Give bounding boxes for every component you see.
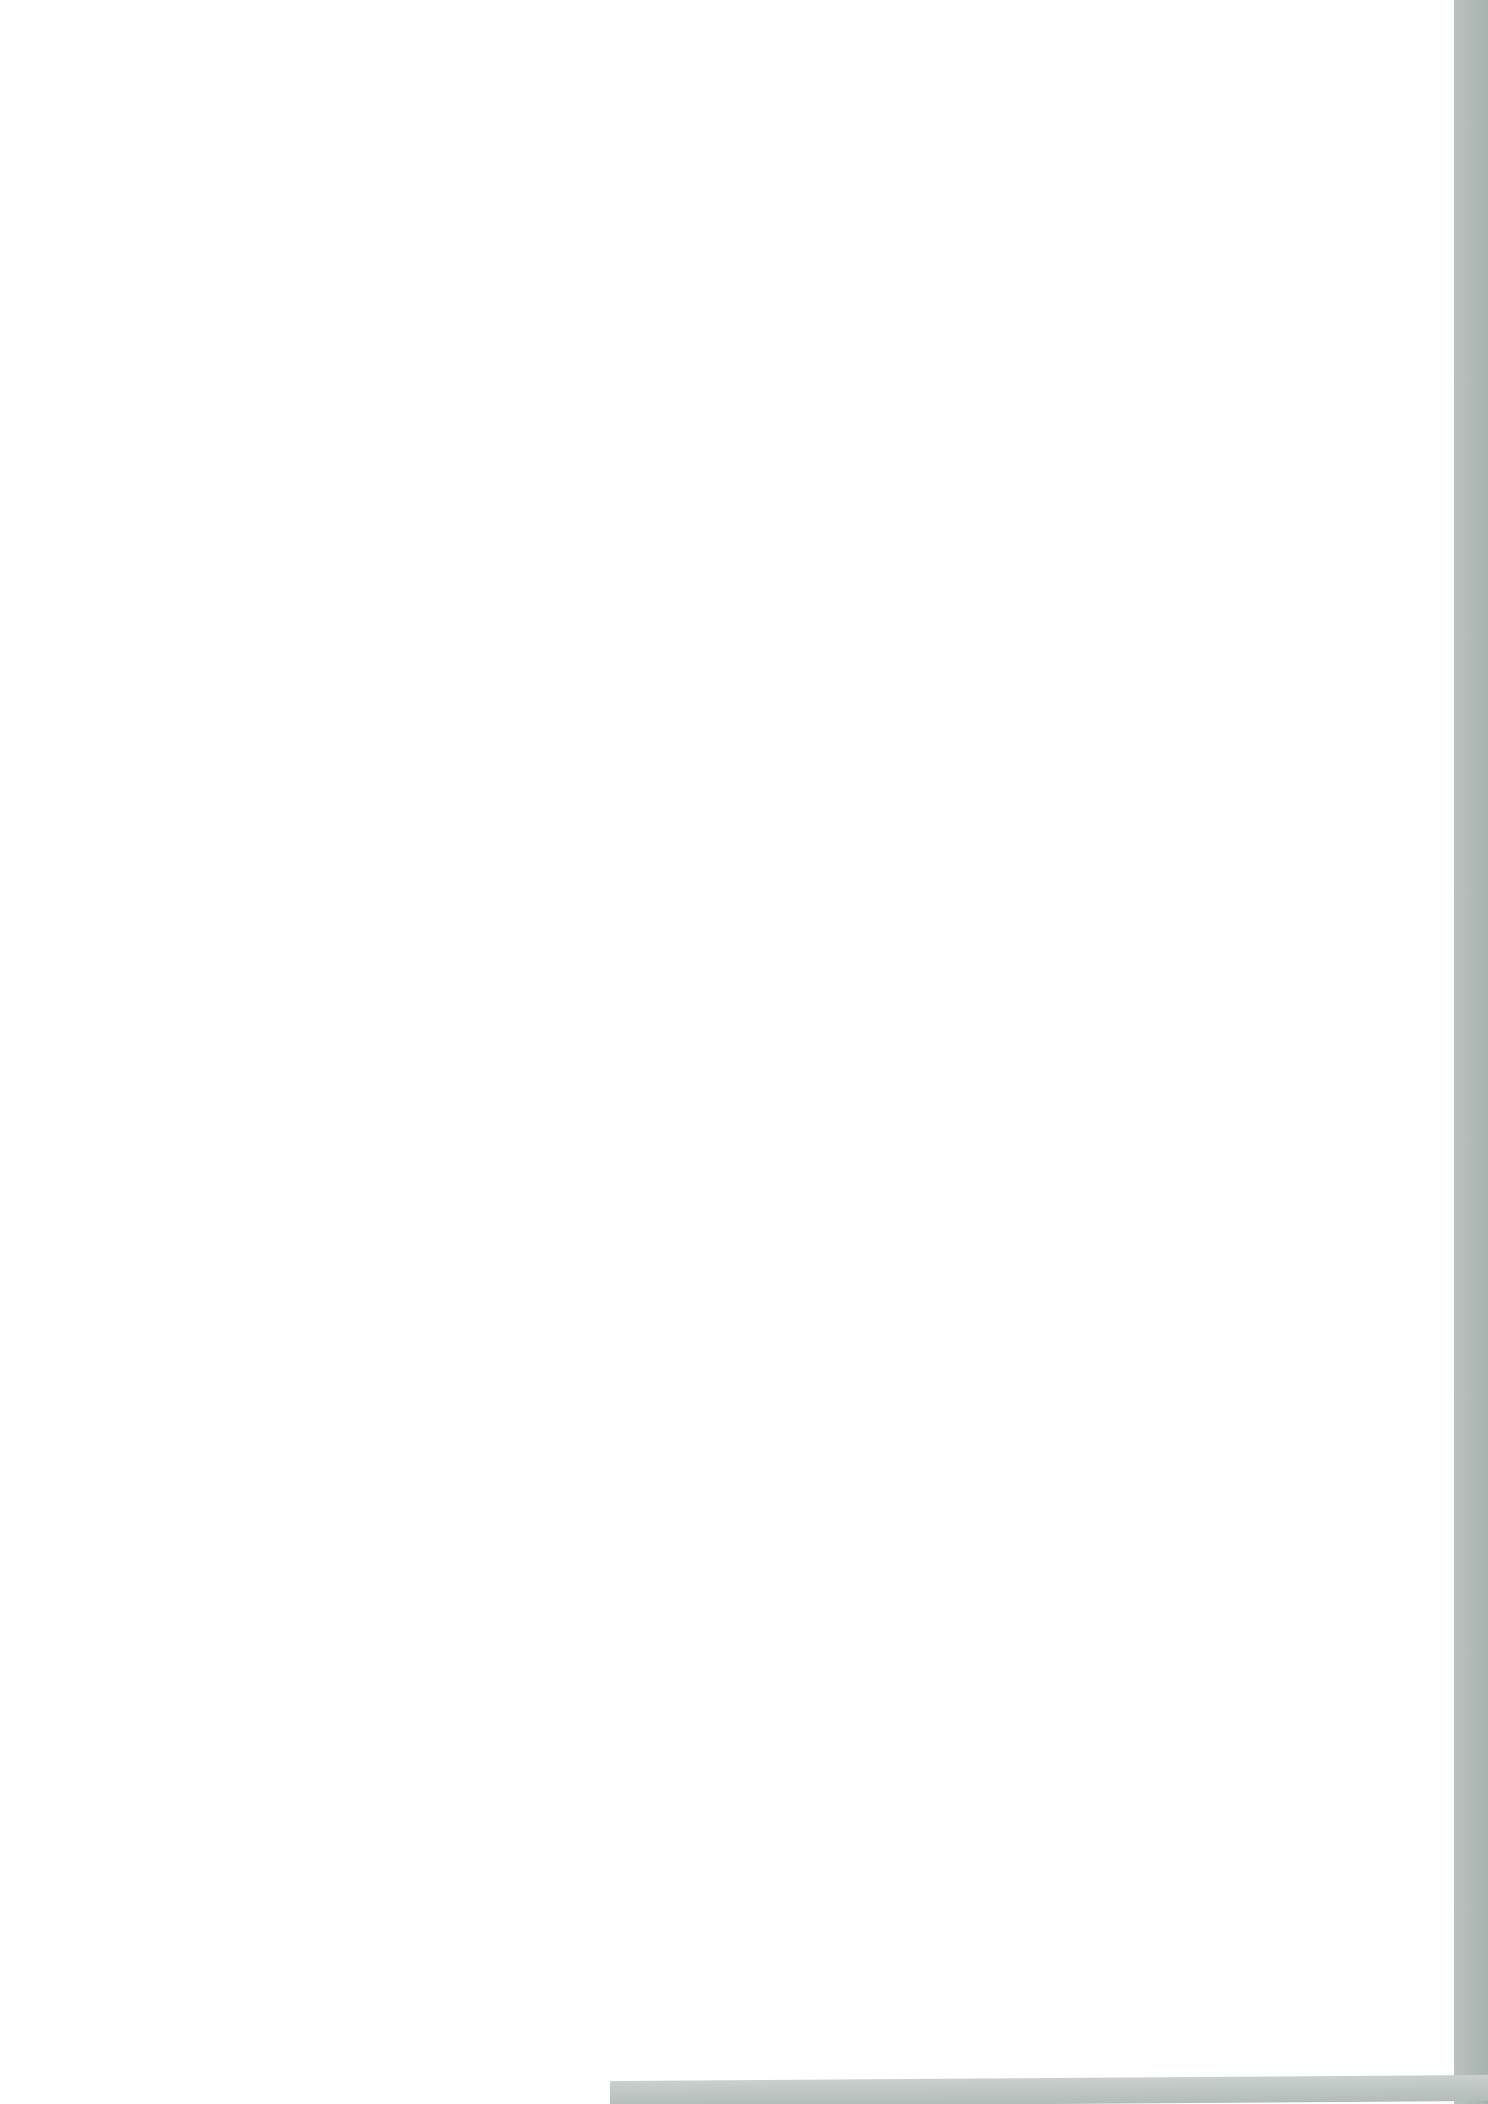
scanner-edge-bottom <box>610 2075 1488 2104</box>
scanner-edge-right <box>1454 0 1488 2104</box>
